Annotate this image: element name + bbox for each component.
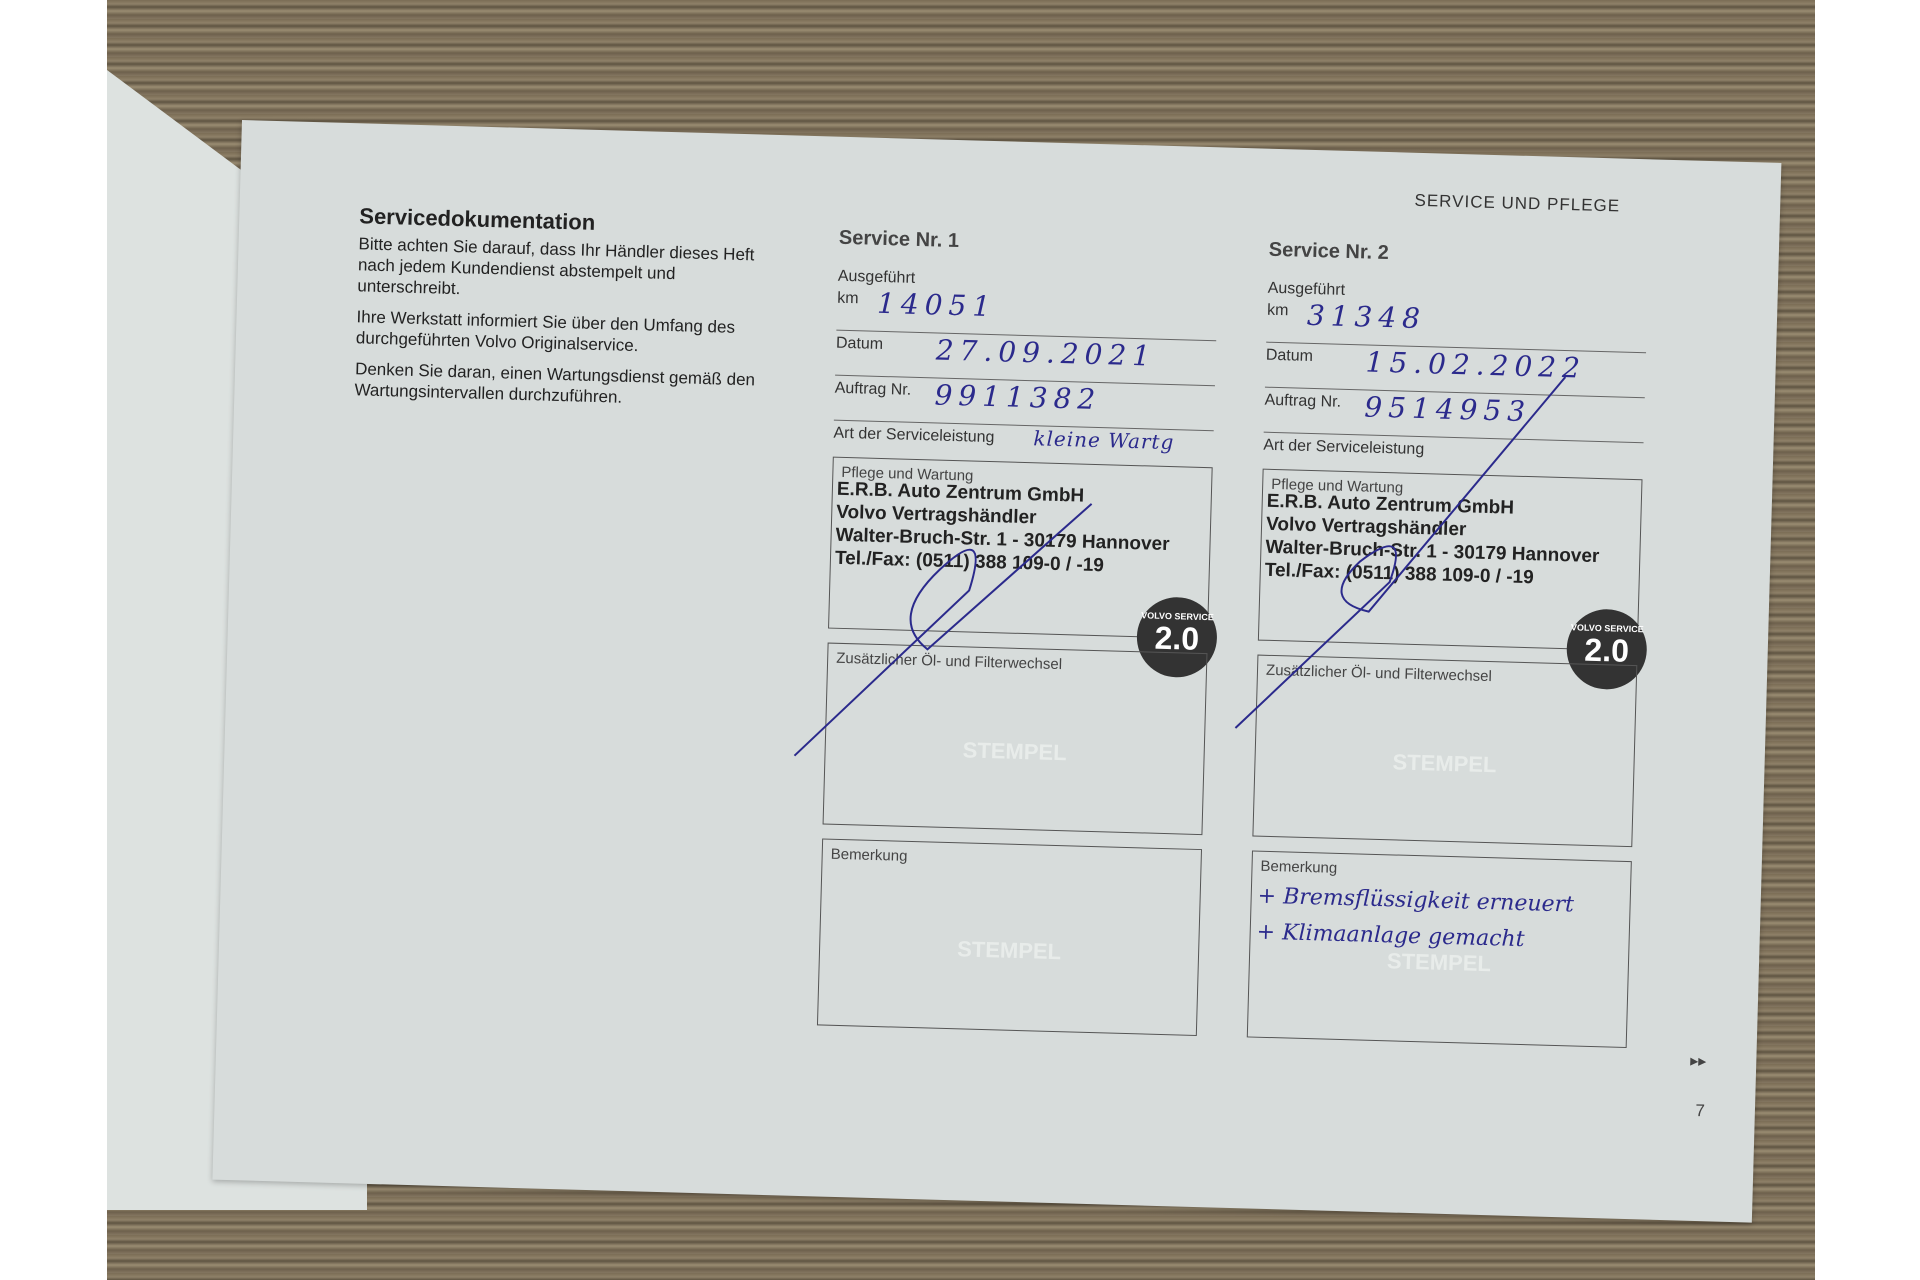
date-value: 27.09.2021 [935,333,1156,372]
remark-box: BemerkungSTEMPEL [817,838,1202,1036]
page-number: 7 [1695,1101,1705,1121]
order-value: 9514953 [1364,390,1532,428]
dealer-stamp: E.R.B. Auto Zentrum GmbH Volvo Vertragsh… [1265,490,1601,591]
stamp-placeholder: STEMPEL [825,734,1204,771]
date-label: Datum [836,335,884,354]
photo-background: SERVICE UND PFLEGE Servicedokumentation … [107,0,1815,1280]
oil-box: Zusätzlicher Öl- und FilterwechselSTEMPE… [823,643,1208,836]
oil-label: Zusätzlicher Öl- und Filterwechsel [836,650,1062,673]
km-value: 14051 [877,287,997,323]
service-type-value: kleine Wartg [1033,426,1175,454]
remark-label: Bemerkung [1260,858,1337,877]
date-label: Datum [1266,347,1314,366]
date-value: 15.02.2022 [1365,345,1586,384]
km-label: km [1267,302,1289,321]
intro-section: Servicedokumentation Bitte achten Sie da… [354,203,780,422]
service-title: Service Nr. 2 [1268,239,1648,273]
service-1-column: Service Nr. 1 Ausgeführt km14051 Datum27… [817,227,1219,1036]
service-2-column: Service Nr. 2 Ausgeführt km31348 Datum15… [1247,239,1649,1048]
remark-label: Bemerkung [830,846,907,865]
care-box: Pflege und Wartung E.R.B. Auto Zentrum G… [1258,469,1643,652]
order-value: 9911382 [934,378,1102,416]
order-label: Auftrag Nr. [834,380,911,400]
remark-box: Bemerkung STEMPEL + Bremsflüssigkeit ern… [1247,850,1632,1048]
km-label: km [837,290,859,309]
service-type-label: Art der Serviceleistung [1263,437,1424,459]
section-header: SERVICE UND PFLEGE [1414,191,1620,217]
stamp-placeholder: STEMPEL [1255,746,1634,783]
service-title: Service Nr. 1 [839,227,1219,261]
oil-label: Zusätzlicher Öl- und Filterwechsel [1266,662,1492,685]
order-label: Auftrag Nr. [1264,392,1341,412]
right-page: SERVICE UND PFLEGE Servicedokumentation … [212,120,1781,1223]
stamp-placeholder: STEMPEL [820,932,1199,969]
intro-paragraph: Ihre Werkstatt informiert Sie über den U… [356,306,777,360]
dealer-stamp: E.R.B. Auto Zentrum GmbH Volvo Vertragsh… [835,478,1171,579]
oil-box: Zusätzlicher Öl- und FilterwechselSTEMPE… [1252,655,1637,848]
service-type-label: Art der Serviceleistung [833,425,994,447]
intro-paragraph: Denken Sie daran, einen Wartungsdienst g… [354,358,775,412]
intro-paragraph: Bitte achten Sie darauf, dass Ihr Händle… [357,233,779,308]
next-page-icon: ▸▸ [1690,1051,1707,1071]
remark-line: + Bremsflüssigkeit erneuert [1257,884,1574,918]
care-box: Pflege und Wartung E.R.B. Auto Zentrum G… [828,457,1213,640]
km-value: 31348 [1307,299,1427,335]
